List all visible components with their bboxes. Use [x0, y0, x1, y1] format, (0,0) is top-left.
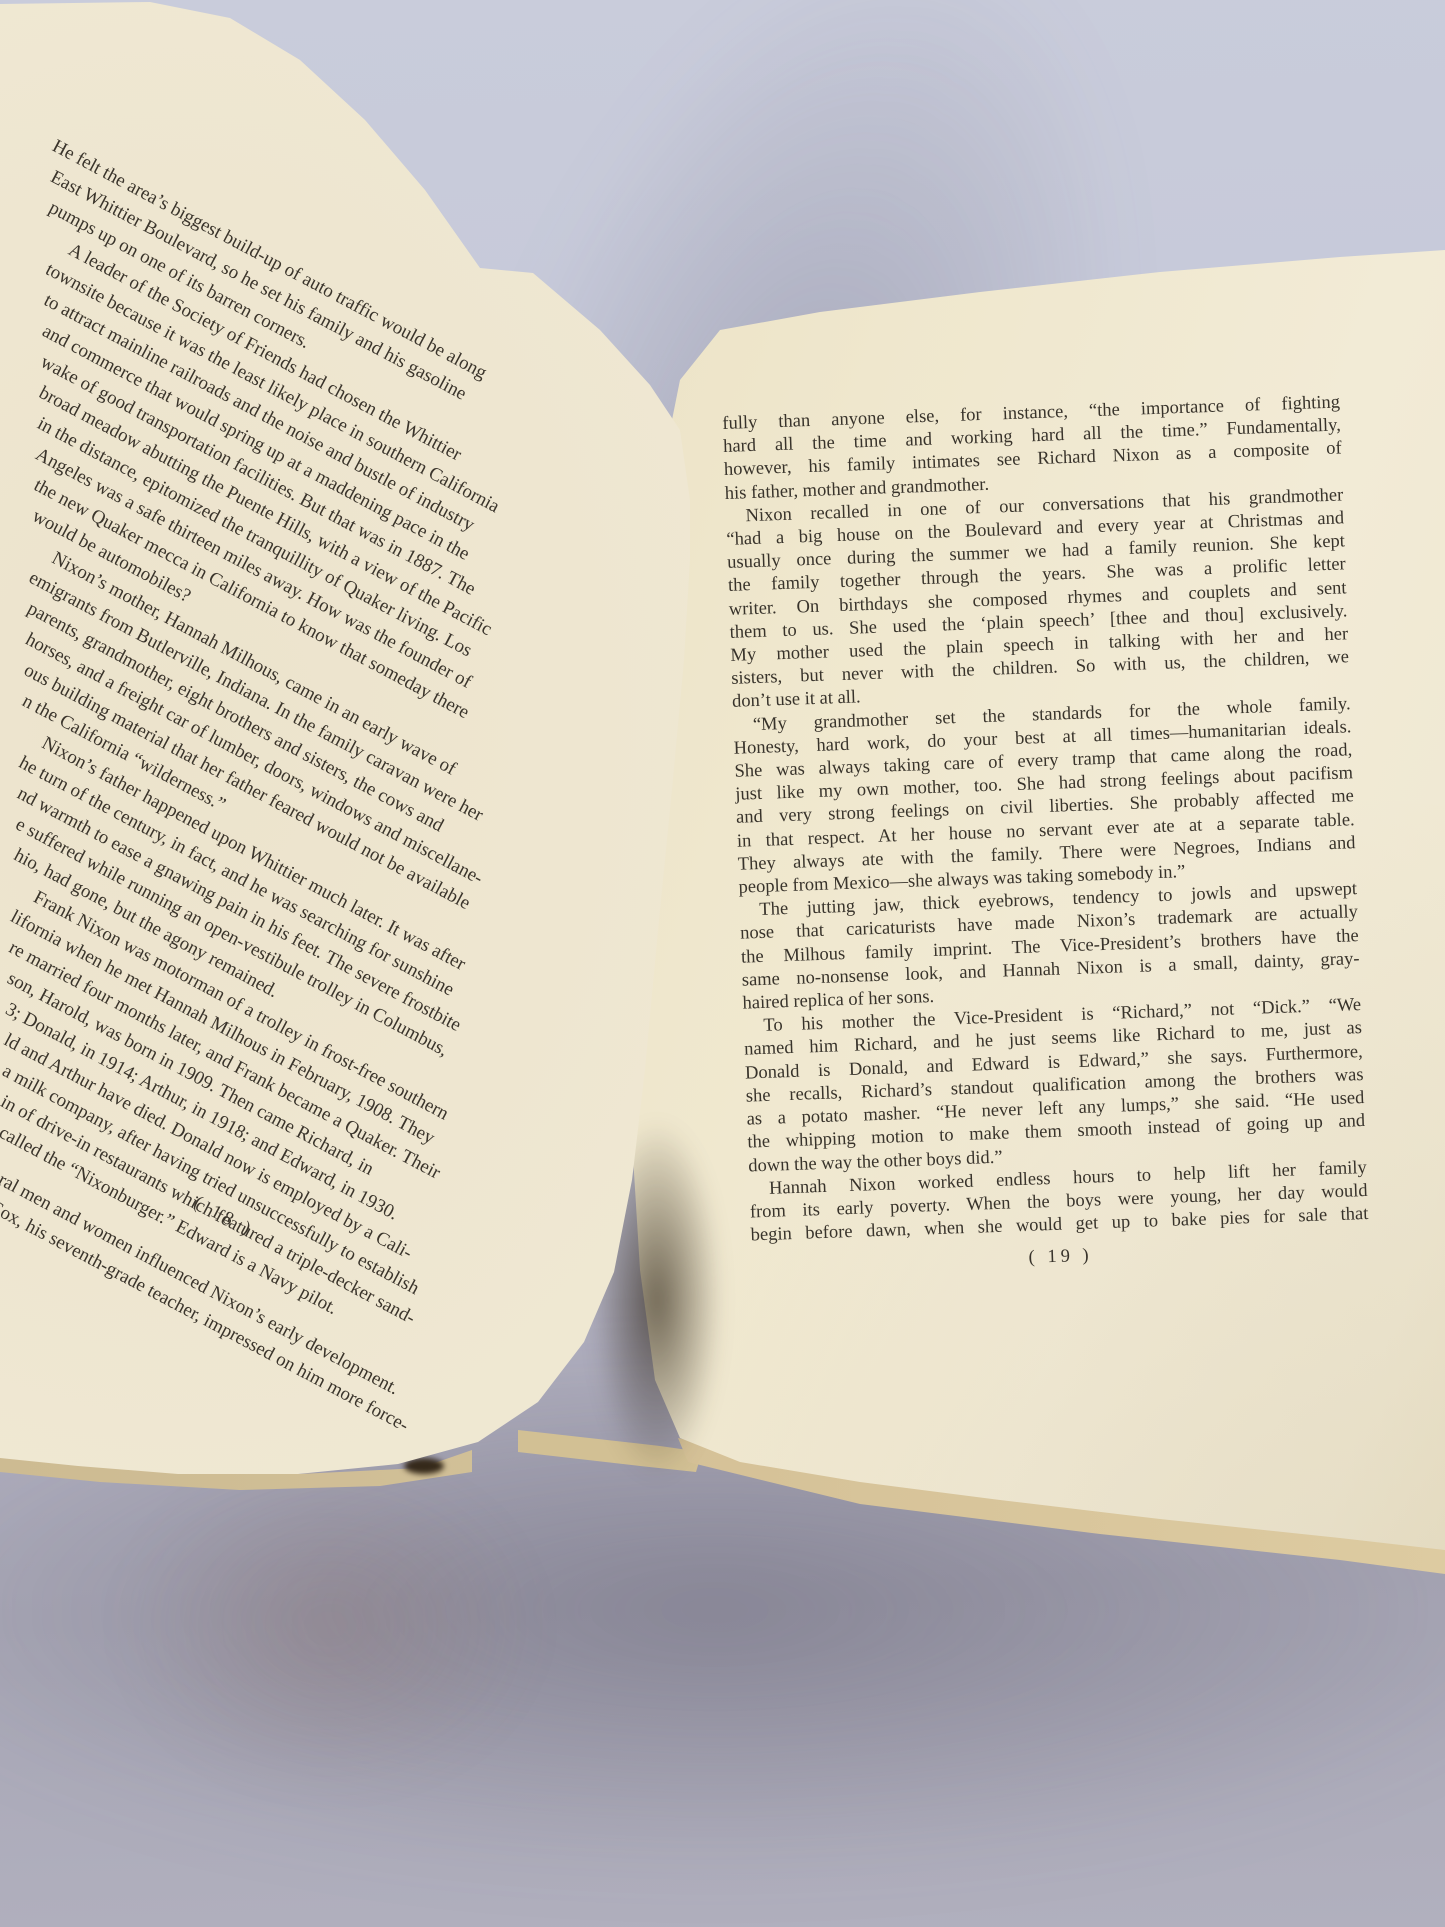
left-page-lines: He felt the area’s biggest build-up of a…	[0, 133, 625, 1311]
book-photo: fully than anyone else, for instance, “t…	[0, 0, 1445, 1927]
right-page-lines: fully than anyone else, for instance, “t…	[722, 391, 1369, 1247]
left-page-text: He felt the area’s biggest build-up of a…	[0, 133, 625, 1311]
right-page-text: fully than anyone else, for instance, “t…	[722, 391, 1370, 1280]
cast-shadow-warm	[120, 1460, 540, 1790]
